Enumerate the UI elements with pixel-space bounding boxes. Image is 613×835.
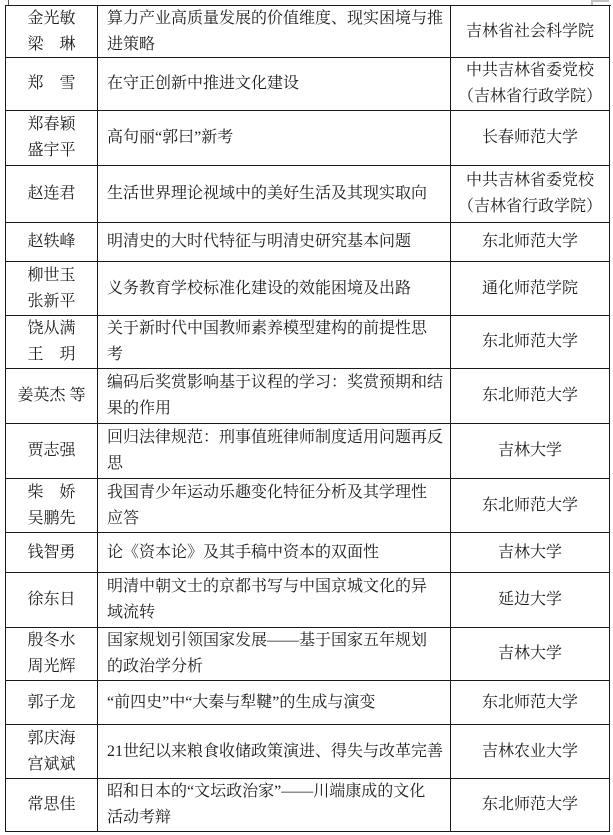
title-cell: 生活世界理论视域中的美好生活及其现实取向	[98, 166, 451, 223]
authors-cell: 郑 雪	[6, 58, 98, 111]
authors-cell: 金光敏 梁 琳	[6, 6, 98, 58]
institution-cell: 吉林农业大学	[451, 725, 610, 779]
table-row: 柴 娇 吴鹏先 我国青少年运动乐趣变化特征分析及其学理性 应答 东北师范大学	[6, 479, 611, 533]
table-row: 常思佳 昭和日本的“文坛政治家”——川端康成的文化 活动考辩 东北师范大学	[6, 779, 611, 832]
table-row: 饶从满 王 玥 关于新时代中国教师素养模型建构的前提性思 考 东北师范大学	[6, 316, 611, 369]
title-cell: 关于新时代中国教师素养模型建构的前提性思 考	[98, 316, 451, 369]
institution-cell: 长春师范大学	[451, 111, 610, 166]
institution-cell: 吉林省社会科学院	[451, 6, 610, 58]
title-cell: 论《资本论》及其手稿中资本的双面性	[98, 533, 451, 573]
institution-cell: 中共吉林省委党校 （吉林省行政学院）	[451, 58, 610, 111]
table-row: 赵轶峰 明清史的大时代特征与明清史研究基本问题 东北师范大学	[6, 223, 611, 262]
title-cell: 明清中朝文士的京都书写与中国京城文化的异 域流转	[98, 573, 451, 628]
institution-cell: 东北师范大学	[451, 681, 610, 725]
institution-cell: 东北师范大学	[451, 316, 610, 369]
authors-cell: 钱智勇	[6, 533, 98, 573]
authors-cell: 郭子龙	[6, 681, 98, 725]
title-cell: 在守正创新中推进文化建设	[98, 58, 451, 111]
table-row: 郑春颖 盛宇平 高句丽“郭曰”新考 长春师范大学	[6, 111, 611, 166]
table-row: 郭子龙 “前四史”中“大秦与犁鞬”的生成与演变 东北师范大学	[6, 681, 611, 725]
table-row: 徐东日 明清中朝文士的京都书写与中国京城文化的异 域流转 延边大学	[6, 573, 611, 628]
authors-cell: 郑春颖 盛宇平	[6, 111, 98, 166]
table-row: 金光敏 梁 琳 算力产业高质量发展的价值维度、现实困境与推 进策略 吉林省社会科…	[6, 6, 611, 58]
authors-cell: 贾志强	[6, 424, 98, 479]
title-cell: 21世纪以来粮食收储政策演进、得失与改革完善	[98, 725, 451, 779]
table-row: 殷冬水 周光辉 国家规划引领国家发展——基于国家五年规划 的政治学分析 吉林大学	[6, 628, 611, 681]
institution-cell: 延边大学	[451, 573, 610, 628]
authors-cell: 赵连君	[6, 166, 98, 223]
table-row: 姜英杰 等 编码后奖赏影响基于议程的学习：奖赏预期和结 果的作用 东北师范大学	[6, 369, 611, 424]
table-row: 贾志强 回归法律规范：刑事值班律师制度适用问题再反 思 吉林大学	[6, 424, 611, 479]
authors-cell: 殷冬水 周光辉	[6, 628, 98, 681]
authors-cell: 常思佳	[6, 779, 98, 832]
title-cell: 昭和日本的“文坛政治家”——川端康成的文化 活动考辩	[98, 779, 451, 832]
authors-cell: 徐东日	[6, 573, 98, 628]
title-cell: 高句丽“郭曰”新考	[98, 111, 451, 166]
table-row: 郑 雪 在守正创新中推进文化建设 中共吉林省委党校 （吉林省行政学院）	[6, 58, 611, 111]
title-cell: 编码后奖赏影响基于议程的学习：奖赏预期和结 果的作用	[98, 369, 451, 424]
title-cell: 国家规划引领国家发展——基于国家五年规划 的政治学分析	[98, 628, 451, 681]
papers-table: 金光敏 梁 琳 算力产业高质量发展的价值维度、现实困境与推 进策略 吉林省社会科…	[5, 5, 611, 832]
title-cell: 明清史的大时代特征与明清史研究基本问题	[98, 223, 451, 262]
institution-cell: 东北师范大学	[451, 223, 610, 262]
authors-cell: 饶从满 王 玥	[6, 316, 98, 369]
authors-cell: 赵轶峰	[6, 223, 98, 262]
authors-cell: 郭庆海 宫斌斌	[6, 725, 98, 779]
institution-cell: 吉林大学	[451, 533, 610, 573]
institution-cell: 东北师范大学	[451, 779, 610, 832]
title-cell: 算力产业高质量发展的价值维度、现实困境与推 进策略	[98, 6, 451, 58]
institution-cell: 东北师范大学	[451, 369, 610, 424]
table-row: 郭庆海 宫斌斌 21世纪以来粮食收储政策演进、得失与改革完善 吉林农业大学	[6, 725, 611, 779]
table-row: 柳世玉 张新平 义务教育学校标准化建设的效能困境及出路 通化师范学院	[6, 262, 611, 316]
title-cell: 回归法律规范：刑事值班律师制度适用问题再反 思	[98, 424, 451, 479]
table-row: 赵连君 生活世界理论视域中的美好生活及其现实取向 中共吉林省委党校 （吉林省行政…	[6, 166, 611, 223]
title-cell: “前四史”中“大秦与犁鞬”的生成与演变	[98, 681, 451, 725]
institution-cell: 吉林大学	[451, 424, 610, 479]
title-cell: 我国青少年运动乐趣变化特征分析及其学理性 应答	[98, 479, 451, 533]
institution-cell: 东北师范大学	[451, 479, 610, 533]
authors-cell: 柴 娇 吴鹏先	[6, 479, 98, 533]
authors-cell: 姜英杰 等	[6, 369, 98, 424]
title-cell: 义务教育学校标准化建设的效能困境及出路	[98, 262, 451, 316]
table-row: 钱智勇 论《资本论》及其手稿中资本的双面性 吉林大学	[6, 533, 611, 573]
institution-cell: 通化师范学院	[451, 262, 610, 316]
institution-cell: 中共吉林省委党校 （吉林省行政学院）	[451, 166, 610, 223]
institution-cell: 吉林大学	[451, 628, 610, 681]
document-page: 金光敏 梁 琳 算力产业高质量发展的价值维度、现实困境与推 进策略 吉林省社会科…	[0, 0, 613, 835]
authors-cell: 柳世玉 张新平	[6, 262, 98, 316]
